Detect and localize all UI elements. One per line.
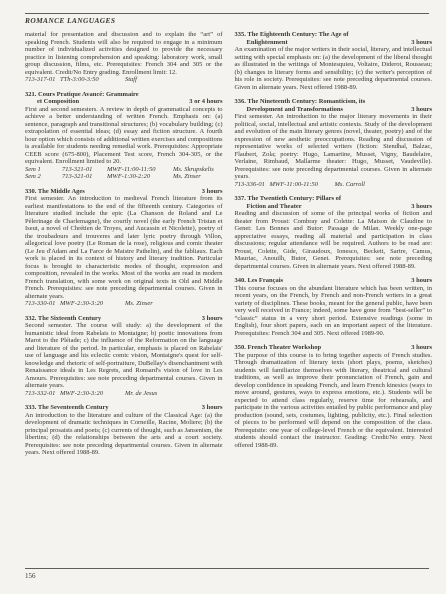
- course-title-row: 332. The Sixteenth Century 3 hours: [25, 315, 223, 323]
- schedule-instructor: Ms. Skrupskelis: [173, 166, 223, 174]
- course-336: 336. The Nineteenth Century: Romanticism…: [235, 98, 433, 188]
- schedule-code: 713-317-01: [25, 76, 60, 84]
- course-title-line2: Fiction and Theater: [247, 203, 302, 211]
- schedule-time: MWF-11:00-11:50: [107, 166, 173, 174]
- course-title: 332. The Sixteenth Century: [25, 315, 101, 323]
- course-title-line2-row: Development and Transformations 3 hours: [235, 106, 433, 114]
- page-number: 156: [25, 572, 36, 580]
- course-hours: 3 hours: [202, 404, 223, 412]
- schedule-time: MWF-11:00-11:50: [270, 181, 335, 189]
- two-column-layout: material for presentation and discussion…: [25, 31, 432, 464]
- catalog-page: ROMANCE LANGUAGES material for presentat…: [0, 0, 446, 594]
- right-column: 335. The Eighteenth Century: The Age of …: [235, 31, 433, 464]
- course-330: 330. The Middle Ages 3 hours First semes…: [25, 188, 223, 308]
- course-body: An examination of the major writers in t…: [235, 46, 433, 91]
- schedule-instructor: Ms. Zinser: [125, 300, 223, 308]
- schedule-row: 713-336-01 MWF-11:00-11:50 Ms. Carroll: [235, 181, 433, 189]
- schedule-row: 713-317-01 TTh-3:00-3:50 Staff: [25, 76, 223, 84]
- course-title: 333. The Seventeenth Century: [25, 404, 109, 412]
- schedule-instructor: Staff: [125, 76, 223, 84]
- left-column: material for presentation and discussion…: [25, 31, 223, 464]
- course-title-row: 340. Les Français 3 hours: [235, 277, 433, 285]
- schedule-row: 713-330-01 MWF-2:30-3:20 Ms. Zinser: [25, 300, 223, 308]
- schedule-code: 713-321-01: [62, 166, 107, 174]
- course-title: 340. Les Français: [235, 277, 284, 285]
- course-title-line2-row: Enlightenment 3 hours: [235, 39, 433, 47]
- schedule-instructor: Mr. de Jesus: [125, 390, 223, 398]
- footer-rule: [25, 568, 429, 569]
- course-hours: 3 hours: [411, 39, 432, 47]
- course-body: Second semester. The course will study: …: [25, 322, 223, 390]
- course-body: Reading and discussion of some of the pr…: [235, 210, 433, 270]
- course-title-line2-row: et Composition 3 or 4 hours: [25, 98, 223, 106]
- schedule-instructor: Ms. Carroll: [335, 181, 433, 189]
- schedule-code: 713-321-01: [62, 173, 107, 181]
- course-body: An introduction to the literature and cu…: [25, 412, 223, 457]
- schedule-time: MWF-1:30-2:20: [107, 173, 173, 181]
- course-317-continuation: material for presentation and discussion…: [25, 31, 223, 84]
- schedule-time: MWF-2:30-3:20: [60, 390, 125, 398]
- schedule-semester: Sem 1: [25, 166, 62, 174]
- schedule-instructor: Ms. Zinser: [173, 173, 223, 181]
- course-335: 335. The Eighteenth Century: The Age of …: [235, 31, 433, 91]
- course-title-line2: Development and Transformations: [247, 106, 344, 114]
- course-hours: 3 hours: [411, 344, 432, 352]
- course-337: 337. The Twentieth Century: Pillars of F…: [235, 195, 433, 270]
- course-body: First semester. An introduction to medie…: [25, 195, 223, 300]
- schedule-code: 713-336-01: [235, 181, 270, 189]
- course-title-row: 330. The Middle Ages 3 hours: [25, 188, 223, 196]
- course-title-line1: 321. Cours Pratique Avancé: Grammaire: [25, 91, 223, 99]
- course-title-line2: et Composition: [37, 98, 79, 106]
- schedule-row: Sem 2 713-321-01 MWF-1:30-2:20 Ms. Zinse…: [25, 173, 223, 181]
- course-340: 340. Les Français 3 hours This course fo…: [235, 277, 433, 337]
- course-title-row: 333. The Seventeenth Century 3 hours: [25, 404, 223, 412]
- course-body: material for presentation and discussion…: [25, 31, 223, 76]
- course-body: First semester. An introduction to the m…: [235, 113, 433, 181]
- course-title-line2: Enlightenment: [247, 39, 288, 47]
- course-title-line1: 337. The Twentieth Century: Pillars of: [235, 195, 433, 203]
- course-body: This course focuses on the abundant lite…: [235, 285, 433, 338]
- course-hours: 3 hours: [411, 106, 432, 114]
- header-rule: [25, 13, 429, 14]
- course-title-line2-row: Fiction and Theater 3 hours: [235, 203, 433, 211]
- course-title: 350. French Theater Workshop: [235, 344, 322, 352]
- schedule-code: 713-332-01: [25, 390, 60, 398]
- course-hours: 3 hours: [202, 188, 223, 196]
- schedule-code: 713-330-01: [25, 300, 60, 308]
- course-hours: 3 hours: [411, 203, 432, 211]
- course-body: First and second semesters. A review in …: [25, 106, 223, 166]
- course-350: 350. French Theater Workshop 3 hours The…: [235, 344, 433, 449]
- course-332: 332. The Sixteenth Century 3 hours Secon…: [25, 315, 223, 398]
- course-321: 321. Cours Pratique Avancé: Grammaire et…: [25, 91, 223, 181]
- schedule-semester: Sem 2: [25, 173, 62, 181]
- course-hours: 3 hours: [202, 315, 223, 323]
- course-title-row: 350. French Theater Workshop 3 hours: [235, 344, 433, 352]
- schedule-time: MWF-2:30-3:20: [60, 300, 125, 308]
- course-hours: 3 or 4 hours: [189, 98, 222, 106]
- schedule-time: TTh-3:00-3:50: [60, 76, 125, 84]
- schedule-row: Sem 1 713-321-01 MWF-11:00-11:50 Ms. Skr…: [25, 166, 223, 174]
- course-333: 333. The Seventeenth Century 3 hours An …: [25, 404, 223, 457]
- course-title-line1: 335. The Eighteenth Century: The Age of: [235, 31, 433, 39]
- course-hours: 3 hours: [411, 277, 432, 285]
- course-body: The purpose of this course is to bring t…: [235, 352, 433, 450]
- course-title: 330. The Middle Ages: [25, 188, 85, 196]
- page-title: ROMANCE LANGUAGES: [25, 16, 115, 25]
- course-title-line1: 336. The Nineteenth Century: Romanticism…: [235, 98, 433, 106]
- schedule-row: 713-332-01 MWF-2:30-3:20 Mr. de Jesus: [25, 390, 223, 398]
